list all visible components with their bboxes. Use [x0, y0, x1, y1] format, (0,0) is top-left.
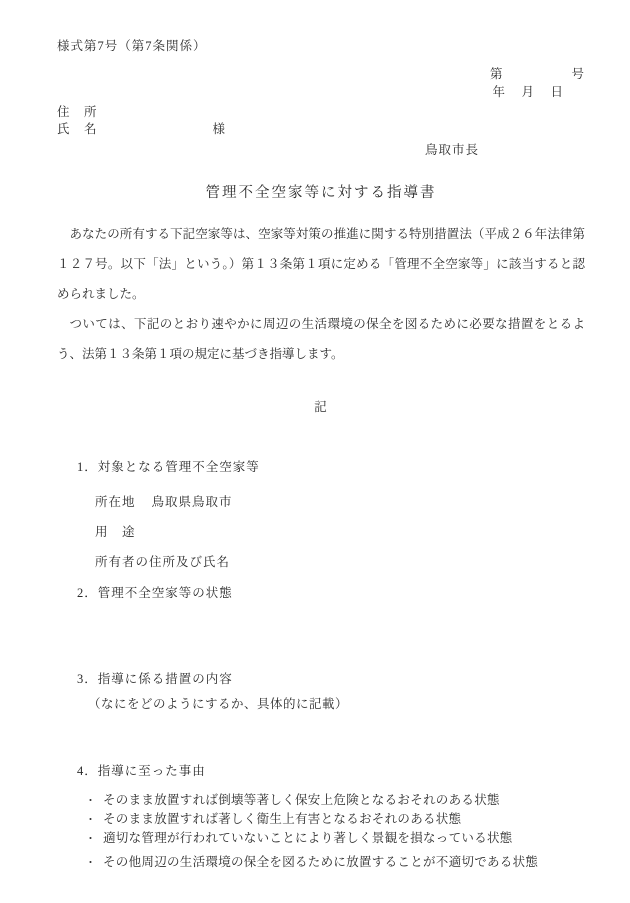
field-owner-label: 所有者の住所及び氏名	[95, 555, 230, 569]
reason-item: ・そのまま放置すれば著しく衛生上有害となるおそれのある状態	[85, 810, 585, 829]
bullet-icon: ・	[85, 830, 95, 848]
document-page: 様式第7号（第7条関係） 第号 年 月 日 住 所 氏 名様 鳥取市長 管理不全…	[0, 0, 630, 903]
issuer-name: 鳥取市長	[425, 142, 585, 159]
section-4-number: 4．	[77, 764, 98, 778]
section-3-note: （なにをどのようにするか、具体的に記載）	[88, 689, 585, 719]
recipient-name-label: 氏 名	[57, 122, 98, 136]
bullet-icon: ・	[85, 854, 95, 872]
doc-number-prefix: 第	[490, 67, 504, 81]
section-subject-house: 1．対象となる管理不全空家等 所在地鳥取県鳥取市 用 途 所有者の住所及び氏名	[57, 459, 585, 577]
reason-text: そのまま放置すれば著しく衛生上有害となるおそれのある状態	[103, 812, 461, 826]
field-usage-label: 用 途	[95, 525, 136, 539]
body-paragraph-1: あなたの所有する下記空家等は、空家等対策の推進に関する特別措置法（平成２６年法律…	[57, 219, 585, 309]
form-number: 様式第7号（第7条関係）	[57, 38, 585, 54]
reason-item: ・そのまま放置すれば倒壊等著しく保安上危険となるおそれのある状態	[85, 791, 585, 810]
recipient-honorific: 様	[213, 122, 227, 136]
recipient-block: 住 所 氏 名様	[57, 104, 585, 138]
field-location-label: 所在地	[95, 495, 136, 509]
bullet-icon: ・	[85, 811, 95, 829]
section-4-title: 指導に至った事由	[98, 764, 206, 778]
recipient-address-label: 住 所	[57, 104, 585, 121]
section-1-title: 対象となる管理不全空家等	[98, 460, 260, 474]
section-3-heading: 3．指導に係る措置の内容	[77, 671, 585, 687]
reason-text: その他周辺の生活環境の保全を図るために放置することが不適切である状態	[103, 855, 538, 869]
field-owner: 所有者の住所及び氏名	[95, 547, 585, 577]
reason-item: ・適切な管理が行われていないことにより著しく景観を損なっている状態	[85, 829, 585, 848]
section-1-fields: 所在地鳥取県鳥取市 用 途 所有者の住所及び氏名	[95, 487, 585, 577]
field-location: 所在地鳥取県鳥取市	[95, 487, 585, 517]
document-title: 管理不全空家等に対する指導書	[57, 183, 585, 203]
doc-number-suffix: 号	[571, 67, 585, 81]
reason-text: 適切な管理が行われていないことにより著しく景観を損なっている状態	[103, 831, 513, 845]
record-marker: 記	[57, 395, 585, 419]
recipient-name-line: 氏 名様	[57, 121, 585, 138]
reason-text: そのまま放置すれば倒壊等著しく保安上危険となるおそれのある状態	[103, 793, 500, 807]
section-guidance-measures: 3．指導に係る措置の内容 （なにをどのようにするか、具体的に記載）	[57, 671, 585, 719]
body-paragraph-2: ついては、下記のとおり速やかに周辺の生活環境の保全を図るために必要な措置をとるよ…	[57, 309, 585, 369]
section-3-number: 3．	[77, 672, 98, 686]
body-text: あなたの所有する下記空家等は、空家等対策の推進に関する特別措置法（平成２６年法律…	[57, 219, 585, 369]
section-2-heading: 2．管理不全空家等の状態	[77, 585, 585, 601]
reason-item: ・その他周辺の生活環境の保全を図るために放置することが不適切である状態	[85, 853, 585, 872]
section-1-heading: 1．対象となる管理不全空家等	[77, 459, 585, 475]
section-2-title: 管理不全空家等の状態	[98, 586, 233, 600]
field-location-value: 鳥取県鳥取市	[152, 495, 233, 509]
section-guidance-reasons: 4．指導に至った事由 ・そのまま放置すれば倒壊等著しく保安上危険となるおそれのあ…	[57, 763, 585, 872]
section-2-number: 2．	[77, 586, 98, 600]
date-line: 年 月 日	[57, 84, 585, 100]
bullet-icon: ・	[85, 792, 95, 810]
reason-list: ・そのまま放置すれば倒壊等著しく保安上危険となるおそれのある状態 ・そのまま放置…	[85, 791, 585, 872]
doc-number-line: 第号	[57, 66, 585, 82]
section-4-heading: 4．指導に至った事由	[77, 763, 585, 779]
section-1-number: 1．	[77, 460, 98, 474]
section-3-title: 指導に係る措置の内容	[98, 672, 233, 686]
section-house-condition: 2．管理不全空家等の状態	[57, 585, 585, 601]
field-usage: 用 途	[95, 517, 585, 547]
